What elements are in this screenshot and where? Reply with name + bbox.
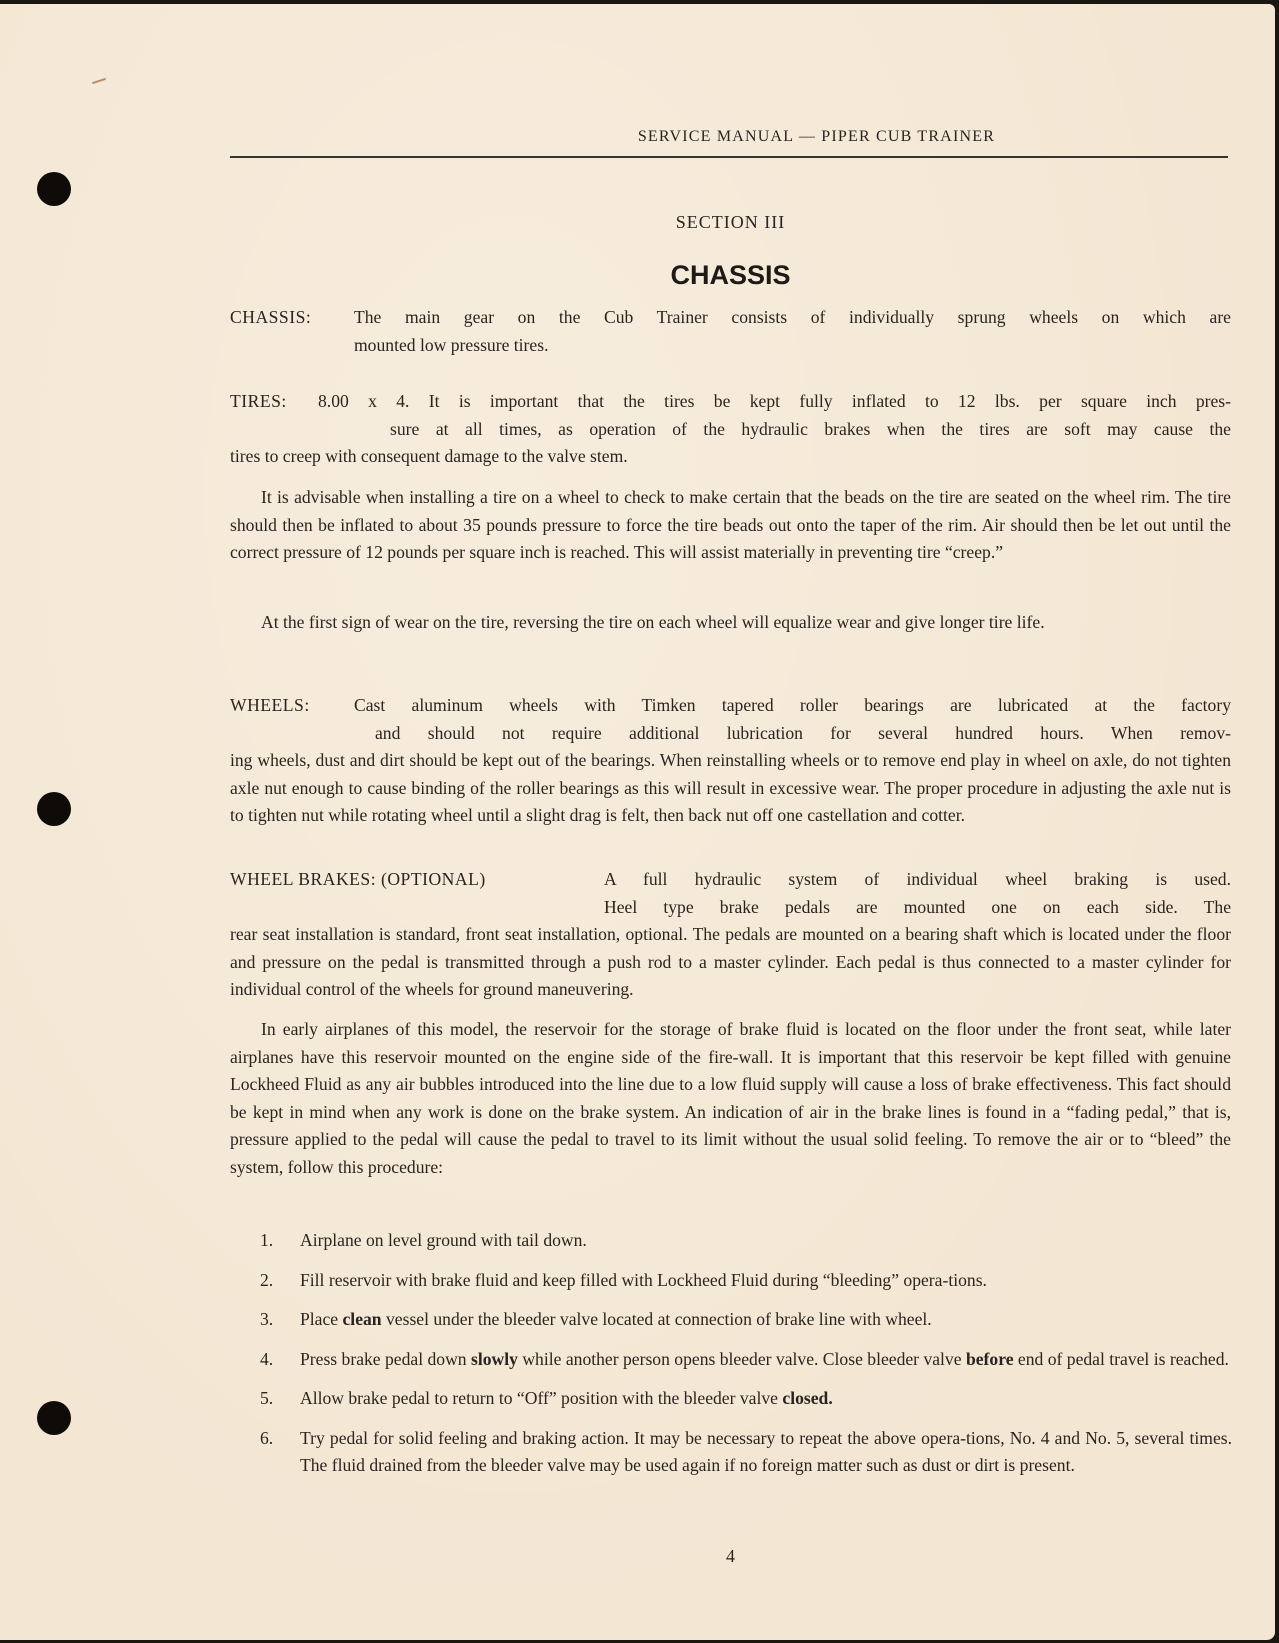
step-number: 2. bbox=[260, 1267, 273, 1295]
list-item: 6.Try pedal for solid feeling and brakin… bbox=[260, 1425, 1232, 1480]
binder-hole bbox=[37, 792, 71, 826]
bleed-procedure-list: 1.Airplane on level ground with tail dow… bbox=[260, 1227, 1232, 1480]
step-text: Fill reservoir with brake fluid and keep… bbox=[300, 1270, 987, 1290]
list-item: 2.Fill reservoir with brake fluid and ke… bbox=[260, 1267, 1232, 1295]
paragraph-label: CHASSIS: bbox=[230, 304, 354, 332]
manual-page: SERVICE MANUAL — PIPER CUB TRAINER SECTI… bbox=[0, 4, 1275, 1640]
step-text: vessel under the bleeder valve located a… bbox=[382, 1309, 932, 1329]
step-number: 5. bbox=[260, 1385, 273, 1413]
step-text: Try pedal for solid feeling and braking … bbox=[300, 1428, 1232, 1476]
step-text: Allow brake pedal to return to “Off” pos… bbox=[300, 1388, 782, 1408]
emphasis: before bbox=[966, 1349, 1014, 1369]
step-text: Place bbox=[300, 1309, 343, 1329]
list-item: 3.Place clean vessel under the bleeder v… bbox=[260, 1306, 1232, 1334]
step-text: end of pedal travel is reached. bbox=[1014, 1349, 1229, 1369]
step-number: 4. bbox=[260, 1346, 273, 1374]
list-item: 4.Press brake pedal down slowly while an… bbox=[260, 1346, 1232, 1374]
paragraph-reservoir: In early airplanes of this model, the re… bbox=[230, 1016, 1231, 1181]
emphasis: closed. bbox=[782, 1388, 832, 1408]
binder-hole bbox=[37, 172, 71, 206]
paragraph-tire-wear: At the first sign of wear on the tire, r… bbox=[230, 609, 1231, 637]
paragraph-wheels: WHEELS: Cast aluminum wheels with Timken… bbox=[230, 692, 1231, 830]
binder-hole bbox=[37, 1401, 71, 1435]
step-number: 1. bbox=[260, 1227, 273, 1255]
step-number: 3. bbox=[260, 1306, 273, 1334]
section-label: SECTION III bbox=[0, 212, 1279, 233]
paragraph-chassis: CHASSIS: The main gear on the Cub Traine… bbox=[230, 304, 1231, 359]
step-number: 6. bbox=[260, 1425, 273, 1453]
paragraph-label: WHEELS: bbox=[230, 692, 354, 720]
running-header: SERVICE MANUAL — PIPER CUB TRAINER bbox=[230, 128, 1223, 146]
paragraph-tire-install: It is advisable when installing a tire o… bbox=[230, 484, 1231, 567]
section-title: CHASSIS bbox=[0, 260, 1279, 291]
page-number: 4 bbox=[0, 1546, 1279, 1567]
paragraph-label: TIRES: bbox=[230, 388, 318, 416]
emphasis: slowly bbox=[471, 1349, 518, 1369]
step-text: Airplane on level ground with tail down. bbox=[300, 1230, 587, 1250]
list-item: 1.Airplane on level ground with tail dow… bbox=[260, 1227, 1232, 1255]
paragraph-label: WHEEL BRAKES: (OPTIONAL) bbox=[230, 866, 604, 894]
paragraph-tires: TIRES: 8.00 x 4. It is important that th… bbox=[230, 388, 1231, 471]
list-item: 5.Allow brake pedal to return to “Off” p… bbox=[260, 1385, 1232, 1413]
paper-speck bbox=[92, 78, 106, 84]
step-text: Press brake pedal down bbox=[300, 1349, 471, 1369]
paragraph-wheel-brakes: WHEEL BRAKES: (OPTIONAL) A full hydrauli… bbox=[230, 866, 1231, 1004]
emphasis: clean bbox=[343, 1309, 382, 1329]
step-text: while another person opens bleeder valve… bbox=[518, 1349, 966, 1369]
header-rule bbox=[230, 156, 1228, 158]
